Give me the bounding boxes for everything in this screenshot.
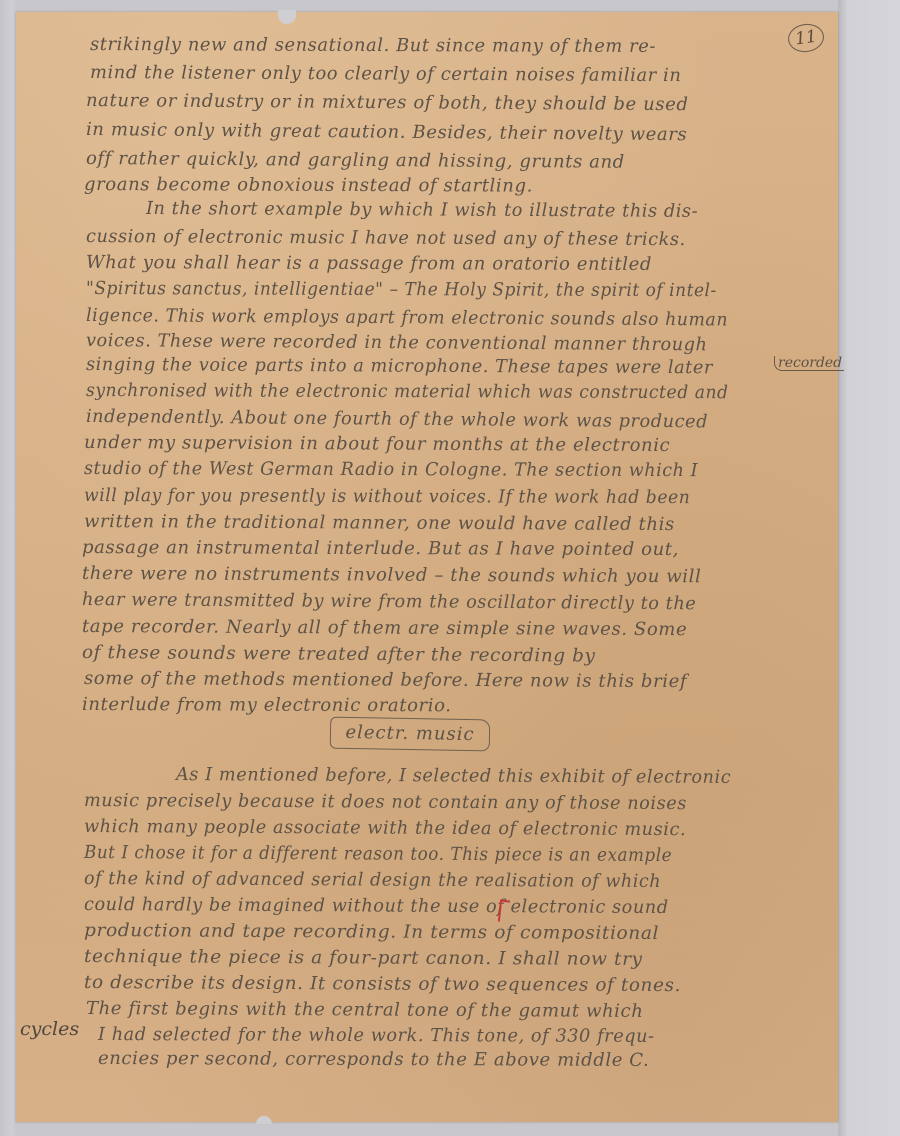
text-line: But I chose it for a different reason to… [84,842,672,866]
text-line: "Spiritus sanctus, intelligentiae" – The… [86,278,717,301]
text-line: which many people associate with the ide… [84,816,686,840]
text-line: singing the voice parts into a microphon… [86,354,713,378]
music-cue-box: electr. music [330,717,491,752]
text-line: synchronised with the electronic materia… [86,380,729,403]
text-line: ligence. This work employs apart from el… [86,305,728,330]
interlinear-insertion: recorded [774,356,844,371]
text-line: there were no instruments involved – the… [82,563,701,587]
text-line: In the short example by which I wish to … [146,198,698,222]
text-line: As I mentioned before, I selected this e… [176,764,731,788]
text-line: music precisely because it does not cont… [84,790,687,814]
text-line: will play for you presently is without v… [84,485,690,508]
text-line: studio of the West German Radio in Colog… [84,458,698,481]
text-line: of these sounds were treated after the r… [82,642,596,667]
text-line: some of the methods mentioned before. He… [84,668,687,692]
text-line: strikingly new and sensational. But sinc… [90,34,656,57]
text-line: off rather quickly, and gargling and his… [86,148,625,173]
text-line: of the kind of advanced serial design th… [84,868,661,892]
text-line: independently. About one fourth of the w… [86,406,708,432]
text-line: The first begins with the central tone o… [86,998,644,1022]
text-line: mind the listener only too clearly of ce… [90,62,682,86]
scanner-background-right [838,0,900,1136]
text-line: What you shall hear is a passage from an… [86,252,652,275]
text-line: written in the traditional manner, one w… [84,511,675,535]
text-line: groans become obnoxious instead of start… [84,174,533,197]
text-line: production and tape recording. In terms … [84,920,659,944]
text-line: cussion of electronic music I have not u… [86,226,686,250]
text-line: under my supervision in about four month… [84,432,670,456]
text-line: I had selected for the whole work. This … [98,1024,655,1047]
text-line: encies per second, corresponds to the E … [98,1048,649,1071]
music-cue-label: electr. music [331,718,489,751]
red-paragraph-mark-icon [498,900,510,923]
text-line: passage an instrumental interlude. But a… [82,537,679,560]
text-line: tape recorder. Nearly all of them are si… [82,616,687,640]
text-line: in music only with great caution. Beside… [86,119,687,145]
text-line: nature or industry or in mixtures of bot… [86,90,689,115]
text-line: hear were transmitted by wire from the o… [82,589,696,614]
text-line: technique the piece is a four-part canon… [84,946,643,970]
page-number: 11 [786,22,826,55]
margin-note: cycles [20,1018,79,1040]
text-line: interlude from my electronic oratorio. [82,694,452,716]
text-line: could hardly be imagined without the use… [84,894,669,918]
text-line: voices. These were recorded in the conve… [86,330,708,355]
text-line: to describe its design. It consists of t… [84,972,681,996]
manuscript-page: 11 strikingly new and sensational. But s… [16,12,838,1122]
